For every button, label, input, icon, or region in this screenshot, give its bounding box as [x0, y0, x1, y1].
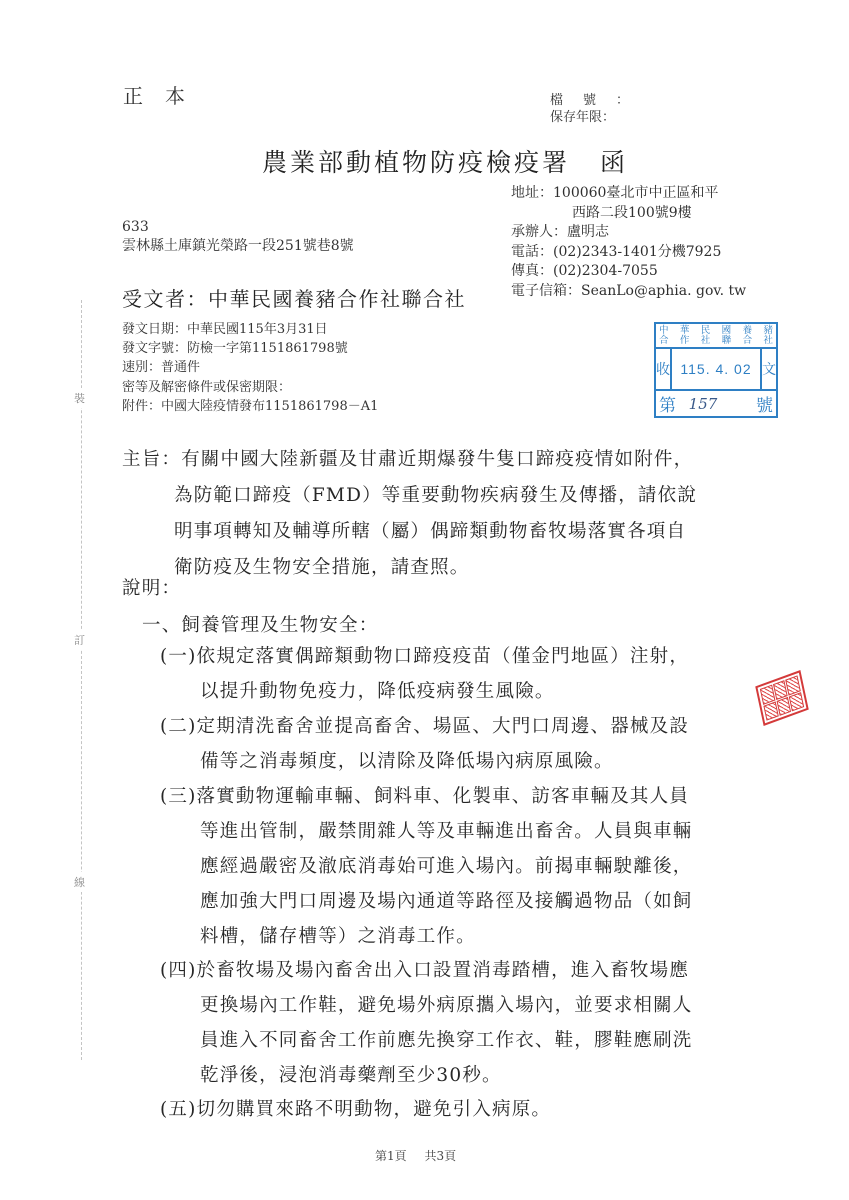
item-line: (四)於畜牧場及場內畜舍出入口設置消毒踏槽，進入畜牧場應 [160, 953, 693, 988]
explanation-item-3: (三)落實動物運輸車輛、飼料車、化製車、訪客車輛及其人員 等進出管制，嚴禁閒雜人… [160, 779, 693, 954]
item-line: 料槽，儲存槽等）之消毒工作。 [160, 919, 693, 954]
stamp-date: 115. 4. 02 [674, 349, 758, 389]
red-seal-icon [755, 670, 809, 726]
item-line: 等進出管制，嚴禁閒雜人等及車輛進出畜舍。人員與車輛 [160, 814, 693, 849]
item-line: (三)落實動物運輸車輛、飼料車、化製車、訪客車輛及其人員 [160, 779, 693, 814]
item-line: 應經過嚴密及澈底消毒始可進入場內。前揭車輛駛離後， [160, 849, 693, 884]
explanation-item-2: (二)定期清洗畜舍並提高畜舍、場區、大門口周邊、器械及設 備等之消毒頻度，以清除… [160, 709, 689, 779]
sender-info: 地址：100060臺北市中正區和平 西路二段100號9樓 承辦人：盧明志 電話：… [511, 184, 746, 301]
email: 電子信箱：SeanLo@aphia. gov. tw [511, 282, 746, 302]
subject-line: 為防範口蹄疫（FMD）等重要動物疾病發生及傳播，請依說 [122, 478, 697, 514]
delivery-speed: 速別：普通件 [122, 358, 378, 377]
org-name: 農業部動植物防疫檢疫署 [262, 148, 570, 177]
document-meta: 發文日期：中華民國115年3月31日 發文字號：防檢一字第1151861798號… [122, 320, 378, 416]
sender-address-line2: 西路二段100號9樓 [511, 204, 746, 224]
stamp-prefix: 第 [659, 391, 676, 416]
stamp-char: 聯 [722, 336, 732, 346]
file-meta: 檔號： 保存年限： [550, 92, 649, 126]
subject-line: 明事項轉知及輔導所轄（屬）偶蹄類動物畜牧場落實各項自 [122, 514, 697, 550]
retention-period-label: 保存年限： [550, 109, 649, 126]
item-line: 以提升動物免疫力，降低疫病發生風險。 [160, 674, 689, 709]
subject: 主旨：有關中國大陸新疆及甘肅近期爆發牛隻口蹄疫疫情如附件， 為防範口蹄疫（FMD… [122, 442, 697, 586]
file-number-label: 檔號： [550, 92, 649, 109]
doc-type: 函 [600, 148, 628, 177]
binding-line [81, 300, 82, 1060]
stamp-number-row: 第 157 號 [656, 391, 776, 416]
postal-code: 633 [122, 218, 354, 237]
stamp-suffix: 號 [756, 391, 773, 416]
binding-mark-zhuang: 裝 [74, 388, 85, 408]
stamp-org-name: 中合 華作 民社 國聯 養合 豬社 [656, 324, 776, 349]
explanation-item-4: (四)於畜牧場及場內畜舍出入口設置消毒踏槽，進入畜牧場應 更換場內工作鞋，避免場… [160, 953, 693, 1093]
item-line: 備等之消毒頻度，以清除及降低場內病原風險。 [160, 744, 689, 779]
subject-line: 主旨：有關中國大陸新疆及甘肅近期爆發牛隻口蹄疫疫情如附件， [122, 442, 697, 478]
page-number: 第1頁 [375, 1149, 407, 1163]
stamp-left-char: 收 [656, 349, 672, 389]
phone: 電話：(02)2343-1401分機7925 [511, 243, 746, 263]
sender-address-line1: 地址：100060臺北市中正區和平 [511, 184, 746, 204]
copy-mark: 正本 [123, 80, 207, 109]
fax: 傳真：(02)2304-7055 [511, 262, 746, 282]
subject-line: 衛防疫及生物安全措施，請查照。 [122, 550, 697, 586]
document-title: 農業部動植物防疫檢疫署函 [262, 143, 628, 179]
page-total: 共3頁 [424, 1149, 456, 1163]
stamp-char: 社 [701, 336, 711, 346]
item-line: (一)依規定落實偶蹄類動物口蹄疫疫苗（僅金門地區）注射， [160, 639, 689, 674]
recipient-address: 633 雲林縣土庫鎮光榮路一段251號巷8號 [122, 218, 354, 256]
explanation-item-1: (一)依規定落實偶蹄類動物口蹄疫疫苗（僅金門地區）注射， 以提升動物免疫力，降低… [160, 639, 689, 709]
explanation-item-5: (五)切勿購買來路不明動物，避免引入病原。 [160, 1092, 551, 1127]
binding-mark-ding: 訂 [74, 630, 85, 650]
item-line: (二)定期清洗畜舍並提高畜舍、場區、大門口周邊、器械及設 [160, 709, 689, 744]
section-1-title: 一、飼養管理及生物安全： [142, 611, 378, 637]
stamp-char: 合 [659, 336, 669, 346]
page-footer: 第1頁 共3頁 [375, 1147, 456, 1164]
item-line: (五)切勿購買來路不明動物，避免引入病原。 [160, 1092, 551, 1127]
doc-number: 發文字號：防檢一字第1151861798號 [122, 339, 378, 358]
stamp-char: 社 [763, 336, 773, 346]
handler: 承辦人：盧明志 [511, 223, 746, 243]
stamp-char: 合 [743, 336, 753, 346]
stamp-number: 157 [689, 395, 718, 413]
confidentiality: 密等及解密條件或保密期限： [122, 378, 378, 397]
item-line: 員進入不同畜舍工作前應先換穿工作衣、鞋，膠鞋應刷洗 [160, 1023, 693, 1058]
stamp-date-row: 收 115. 4. 02 文 [656, 349, 776, 391]
binding-mark-xian: 線 [74, 872, 85, 892]
explanation-label: 說明： [122, 574, 181, 600]
stamp-char: 作 [680, 336, 690, 346]
issue-date: 發文日期：中華民國115年3月31日 [122, 320, 378, 339]
receipt-stamp: 中合 華作 民社 國聯 養合 豬社 收 115. 4. 02 文 第 157 號 [654, 322, 778, 418]
attachment: 附件：中國大陸疫情發布1151861798－A1 [122, 397, 378, 416]
item-line: 乾淨後，浸泡消毒藥劑至少30秒。 [160, 1058, 693, 1093]
item-line: 更換場內工作鞋，避免場外病原攜入場內，並要求相關人 [160, 988, 693, 1023]
recipient: 受文者：中華民國養豬合作社聯合社 [122, 283, 466, 312]
stamp-right-char: 文 [760, 349, 776, 389]
item-line: 應加強大門口周邊及場內通道等路徑及接觸過物品（如飼 [160, 884, 693, 919]
street-address: 雲林縣土庫鎮光榮路一段251號巷8號 [122, 237, 354, 256]
